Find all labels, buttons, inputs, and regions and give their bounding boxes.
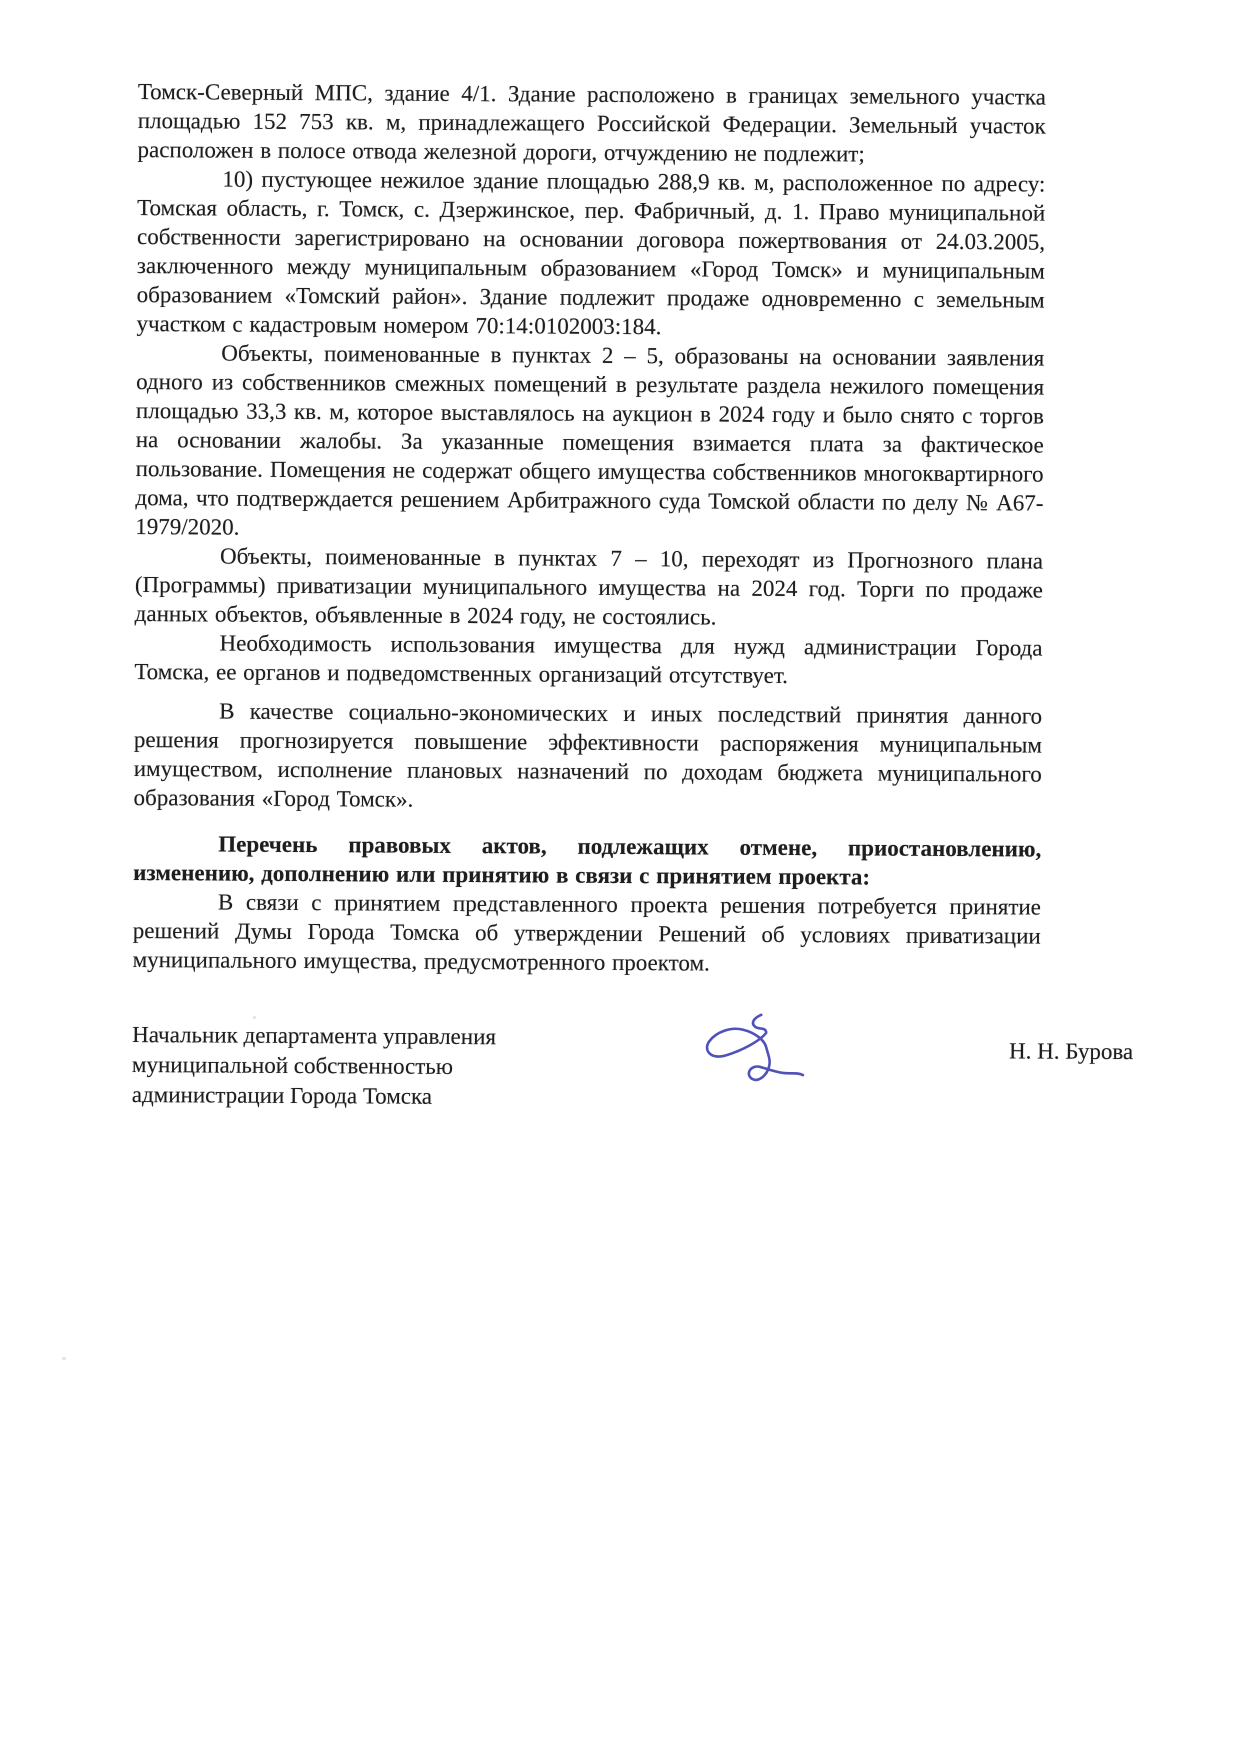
signatory-title: Начальник департамента управления муници…	[132, 1020, 553, 1113]
paragraph-building-4-1: Томск-Северный МПС, здание 4/1. Здание р…	[137, 77, 1046, 170]
signatory-title-line-2: муниципальной собственностью	[132, 1050, 552, 1083]
document-text-block: Томск-Северный МПС, здание 4/1. Здание р…	[133, 77, 1046, 980]
signatory-title-line-1: Начальник департамента управления	[132, 1020, 552, 1053]
handwritten-signature-icon	[682, 1001, 823, 1112]
paragraph-no-municipal-need: Необходимость использования имущества дл…	[134, 628, 1042, 692]
paragraph-required-decisions: В связи с принятием представленного прое…	[133, 887, 1042, 980]
scanned-document-page: Томск-Северный МПС, здание 4/1. Здание р…	[0, 0, 1240, 1753]
paragraph-objects-2-5: Объекты, поименованные в пунктах 2 – 5, …	[135, 338, 1044, 547]
section-heading-legal-acts: Перечень правовых актов, подлежащих отме…	[133, 829, 1041, 893]
paragraph-socioeconomic-consequences: В качестве социально-экономических и ины…	[134, 696, 1043, 818]
scan-speck	[62, 1357, 66, 1360]
signatory-name: Н. Н. Бурова	[1009, 1038, 1133, 1065]
paragraph-item-10-vacant-building: 10) пустующее нежилое здание площадью 28…	[136, 164, 1045, 344]
signatory-title-line-3: администрации Города Томска	[132, 1080, 552, 1113]
paragraph-objects-7-10: Объекты, поименованные в пунктах 7 – 10,…	[135, 541, 1044, 634]
scan-speck	[253, 1016, 256, 1019]
